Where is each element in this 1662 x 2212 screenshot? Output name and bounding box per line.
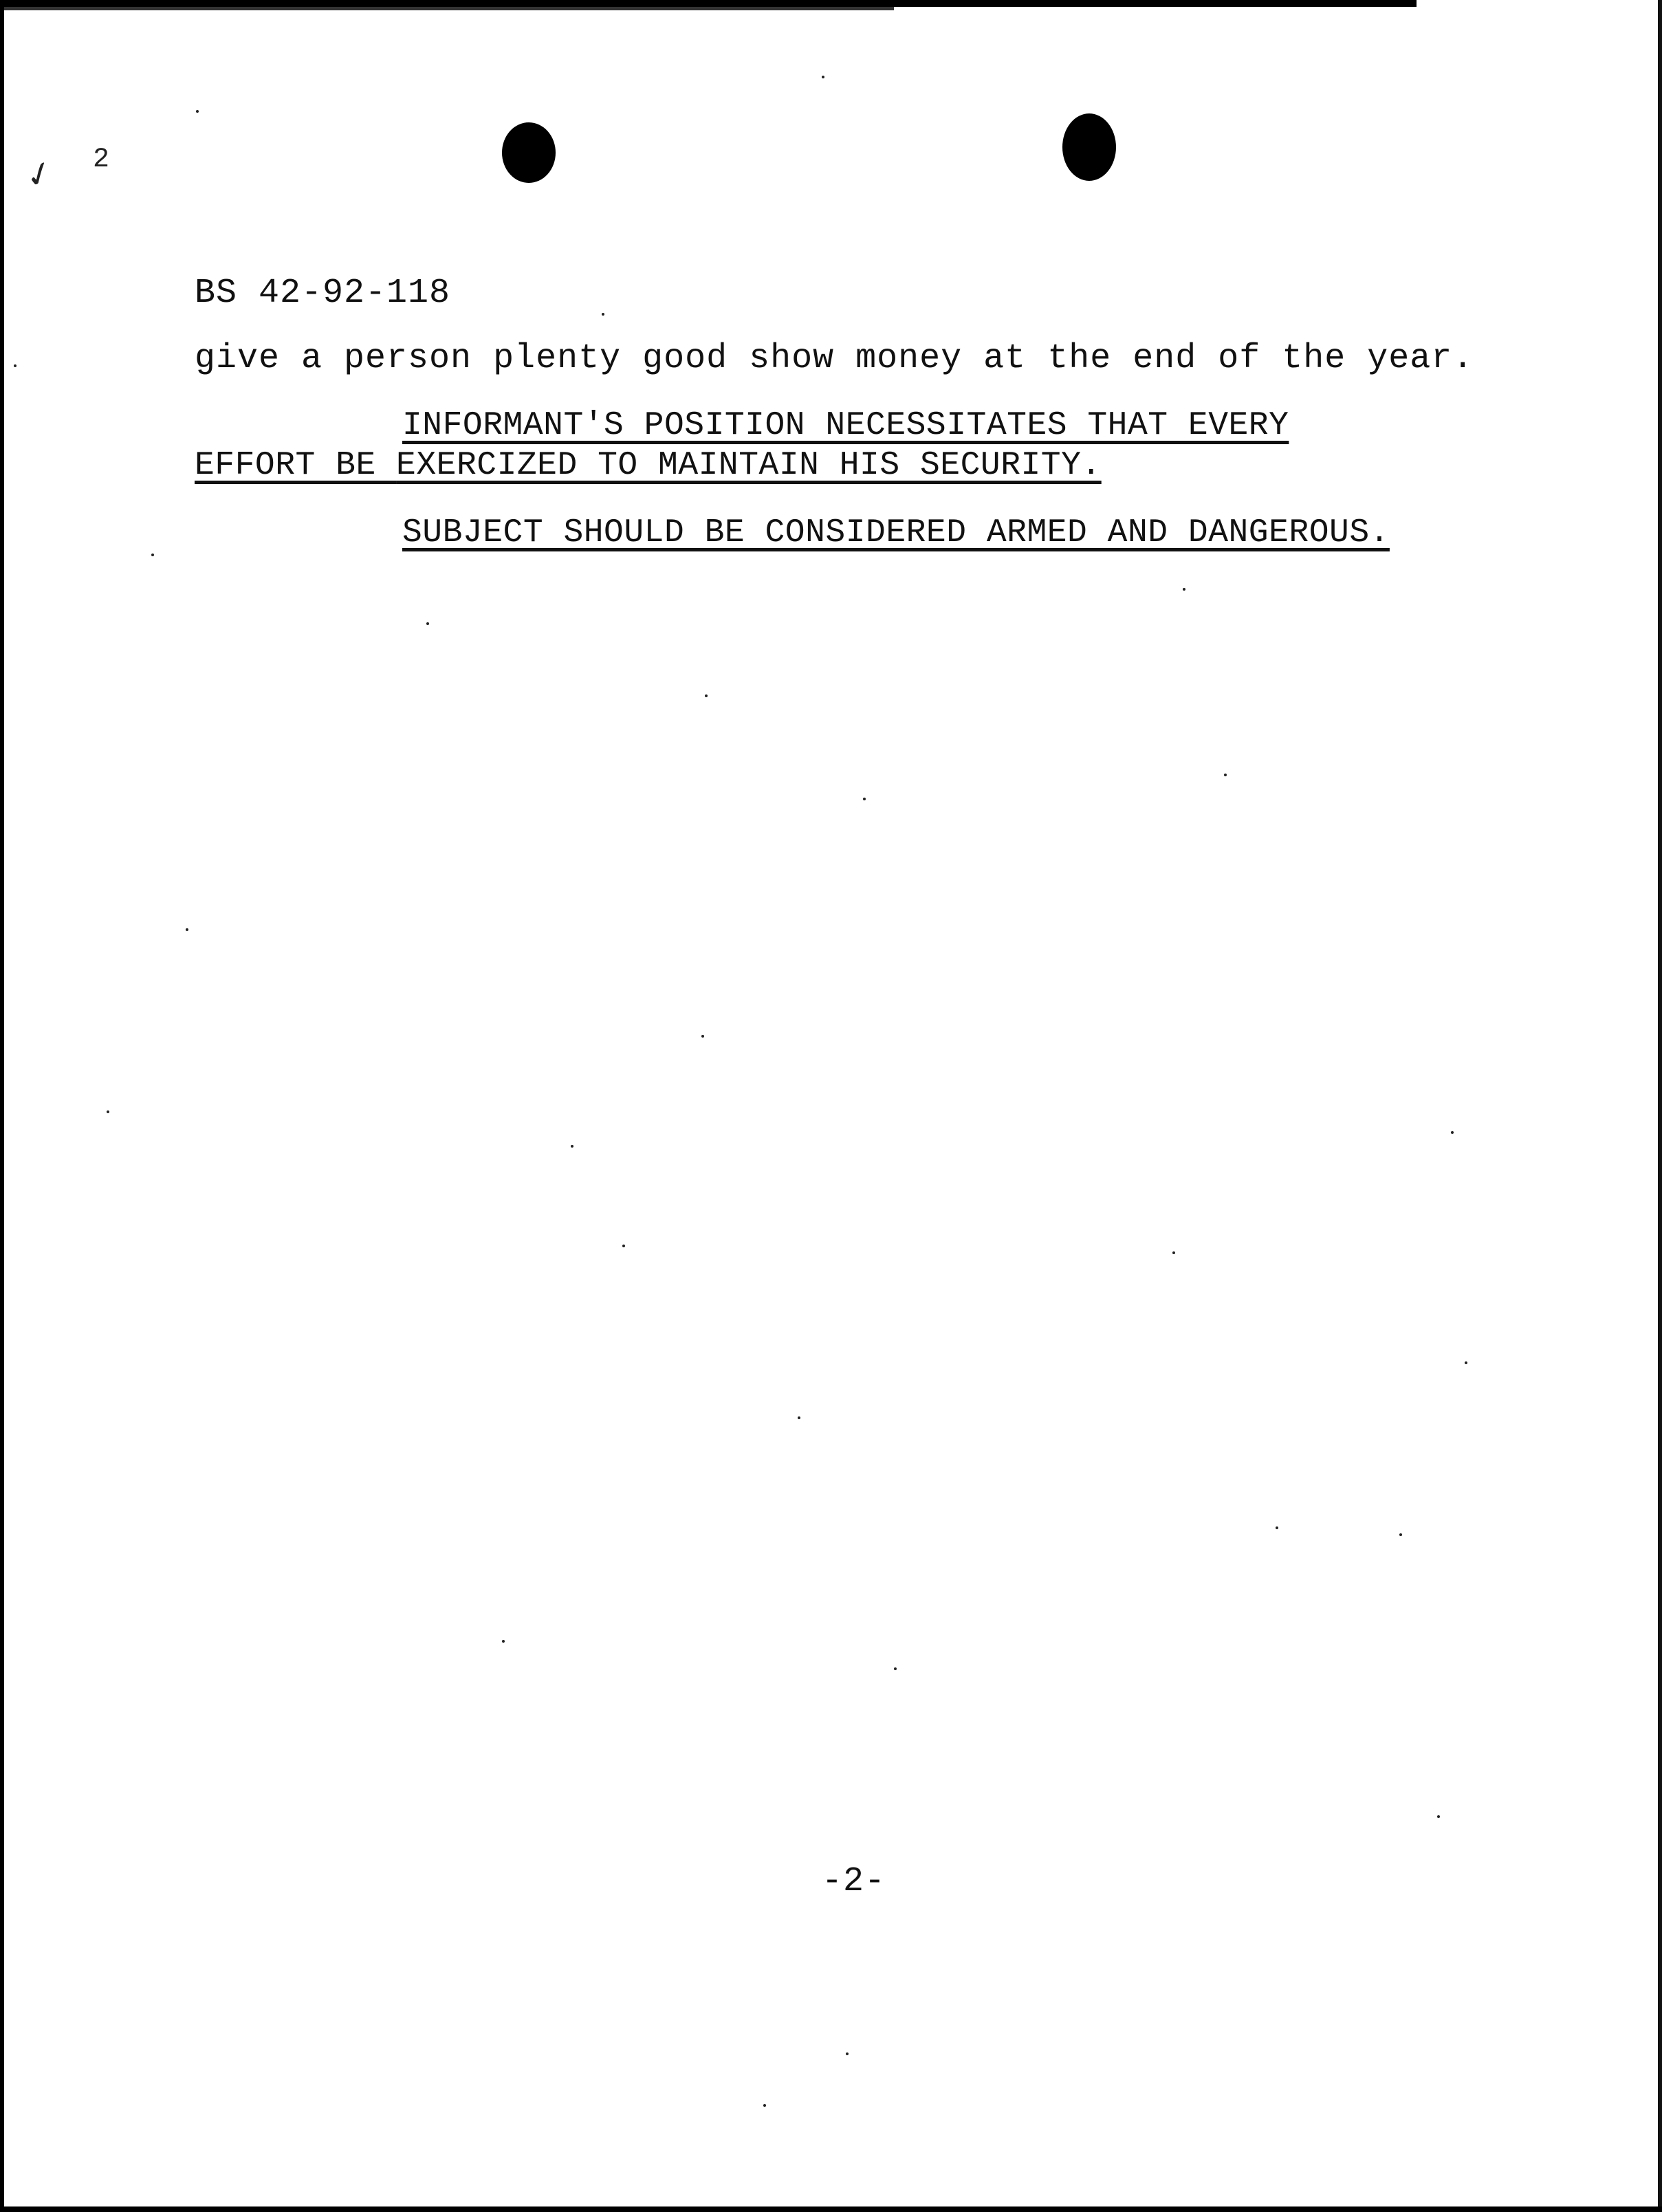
scan-speck [1437,1815,1440,1818]
scan-speck [502,1640,505,1643]
scan-speck [705,694,708,697]
scan-border-left [0,0,4,2212]
scan-border-right [1658,0,1662,2212]
body-text-line: give a person plenty good show money at … [195,339,1474,378]
scan-speck [863,798,866,800]
scan-speck [186,928,188,931]
scan-speck [1276,1526,1278,1529]
armed-dangerous-warning: SUBJECT SHOULD BE CONSIDERED ARMED AND D… [402,514,1390,551]
scan-speck [1399,1533,1402,1536]
scan-speck [1451,1131,1454,1134]
scan-speck [763,2104,766,2107]
scan-speck [107,1110,109,1113]
security-notice-line-2-prefix: EFFORT BE [195,447,396,484]
scan-speck [151,554,154,556]
margin-handwriting: 2 [93,144,109,175]
scan-speck [798,1416,800,1419]
document-page: ✓ 2 BS 42-92-118 give a person plenty go… [0,0,1662,2212]
punch-hole-left [502,122,556,183]
scan-speck [894,1667,897,1670]
scan-speck [622,1245,625,1247]
scan-speck [196,110,199,113]
scan-border-bottom [0,2206,1662,2212]
security-notice-line-2-underlined: EXERCIZED TO MAINTAIN HIS SECURITY. [396,447,1102,484]
scan-speck [571,1145,573,1148]
scan-speck [1465,1361,1467,1364]
scan-speck [14,364,17,367]
scan-speck [1183,588,1185,591]
security-notice-line-2: EFFORT BE EXERCIZED TO MAINTAIN HIS SECU… [195,447,1102,484]
scan-border-top-shadow [0,7,894,10]
scan-speck [701,1035,704,1038]
page-number: -2- [822,1862,886,1901]
scan-speck [1224,774,1227,776]
file-number: BS 42-92-118 [195,274,450,313]
scan-speck [426,622,429,625]
margin-mark: ✓ [20,149,58,200]
scan-speck [602,313,604,316]
scan-speck [822,76,824,78]
security-notice-line-1: INFORMANT'S POSITION NECESSITATES THAT E… [402,407,1289,444]
scan-border-top [0,0,1417,7]
scan-speck [1172,1251,1175,1254]
scan-speck [846,2052,849,2055]
punch-hole-right [1062,113,1116,181]
